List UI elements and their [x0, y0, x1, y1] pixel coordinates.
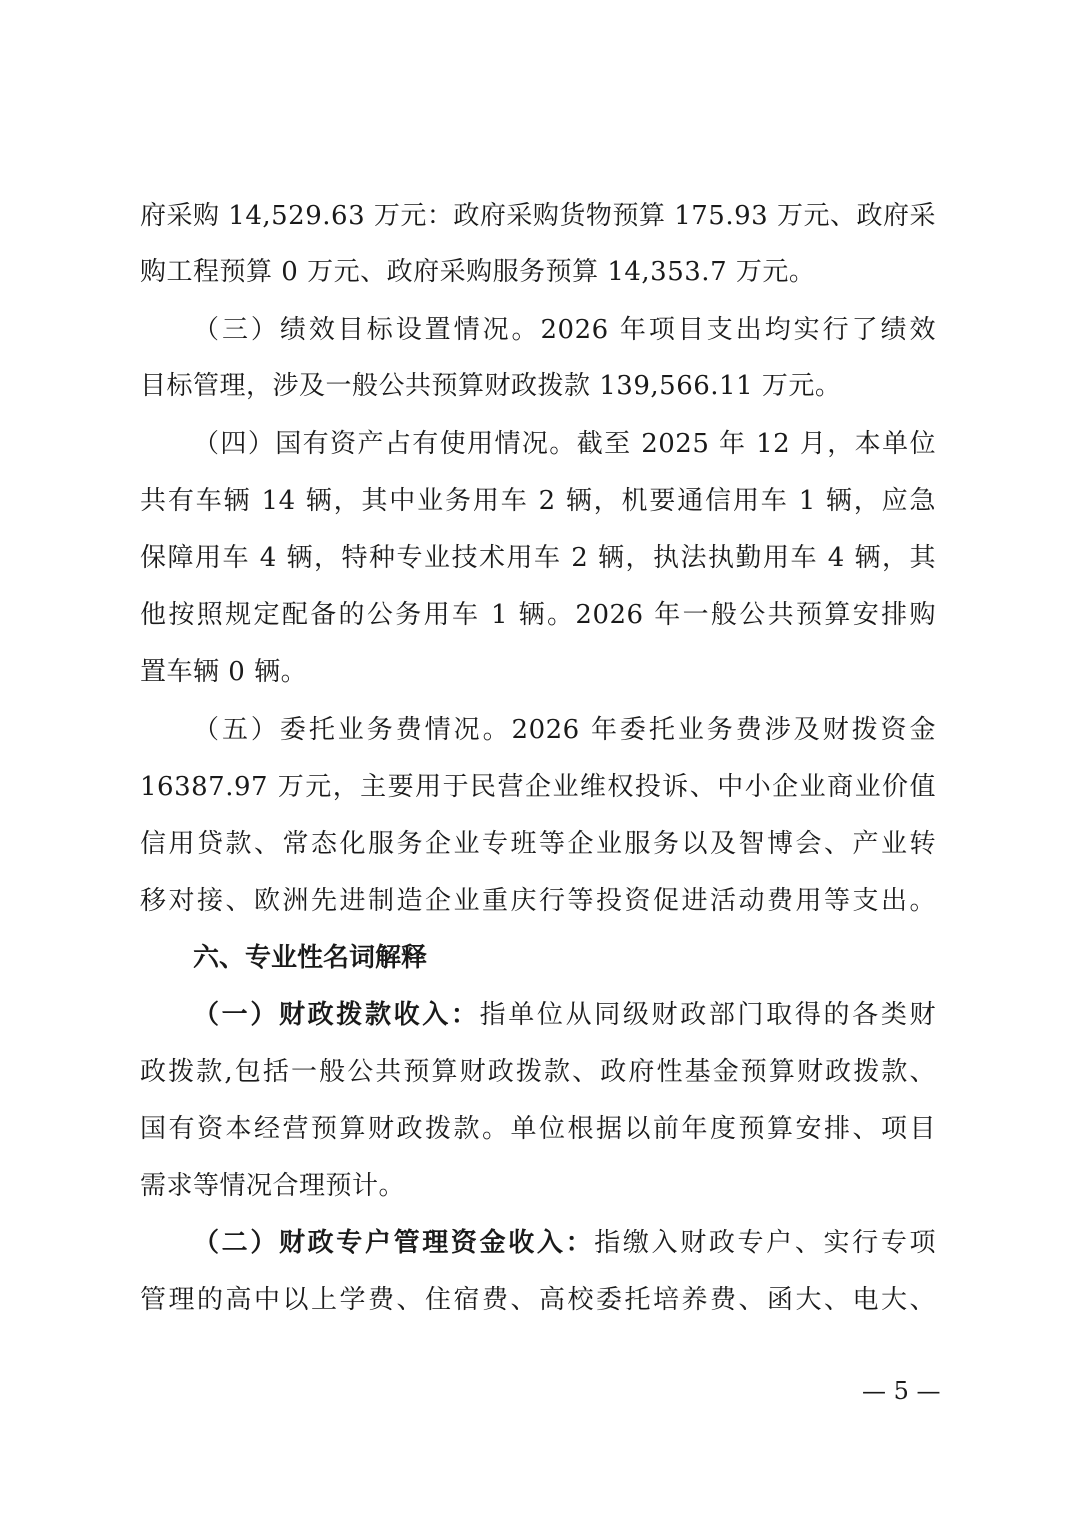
term-definition: 指单位从同级财政部门取得的各类财 [480, 1000, 936, 1030]
body-line: 管理的高中以上学费、住宿费、高校委托培养费、函大、电大、 [140, 1280, 936, 1320]
body-line: 置车辆 0 辆。 [140, 652, 936, 692]
body-line: 需求等情况合理预计。 [140, 1166, 936, 1206]
body-line: 国有资本经营预算财政拨款。单位根据以前年度预算安排、项目 [140, 1109, 936, 1149]
term-definition: 指缴入财政专户、实行专项 [594, 1228, 936, 1258]
body-line: 政拨款,包括一般公共预算财政拨款、政府性基金预算财政拨款、 [140, 1052, 936, 1092]
paragraph-entrusted-fees: （五）委托业务费情况。2026 年委托业务费涉及财拨资金 [193, 710, 936, 750]
body-line: 16387.97 万元，主要用于民营企业维权投诉、中小企业商业价值 [140, 767, 936, 807]
body-line: 目标管理，涉及一般公共预算财政拨款 139,566.11 万元。 [140, 366, 936, 406]
body-line: 移对接、欧洲先进制造企业重庆行等投资促进活动费用等支出。 [140, 881, 936, 921]
body-line: 保障用车 4 辆，特种专业技术用车 2 辆，执法执勤用车 4 辆，其 [140, 538, 936, 578]
term-special-account-funds: （二）财政专户管理资金收入：指缴入财政专户、实行专项 [193, 1223, 936, 1263]
paragraph-performance-goals: （三）绩效目标设置情况。2026 年项目支出均实行了绩效 [193, 310, 936, 350]
document-page: 府采购 14,529.63 万元：政府采购货物预算 175.93 万元、政府采 … [0, 0, 1074, 1520]
body-line: 共有车辆 14 辆，其中业务用车 2 辆，机要通信用车 1 辆，应急 [140, 481, 936, 521]
body-line: 购工程预算 0 万元、政府采购服务预算 14,353.7 万元。 [140, 252, 936, 292]
body-line: 信用贷款、常态化服务企业专班等企业服务以及智博会、产业转 [140, 824, 936, 864]
body-line: 他按照规定配备的公务用车 1 辆。2026 年一般公共预算安排购 [140, 595, 936, 635]
paragraph-state-assets: （四）国有资产占有使用情况。截至 2025 年 12 月，本单位 [193, 424, 936, 464]
body-line: 府采购 14,529.63 万元：政府采购货物预算 175.93 万元、政府采 [140, 196, 936, 236]
term-fiscal-appropriation: （一）财政拨款收入：指单位从同级财政部门取得的各类财 [193, 995, 936, 1035]
page-number: — 5 — [862, 1374, 941, 1408]
term-label: （二）财政专户管理资金收入： [193, 1228, 594, 1258]
term-label: （一）财政拨款收入： [193, 1000, 480, 1030]
section-heading: 六、专业性名词解释 [193, 938, 427, 978]
